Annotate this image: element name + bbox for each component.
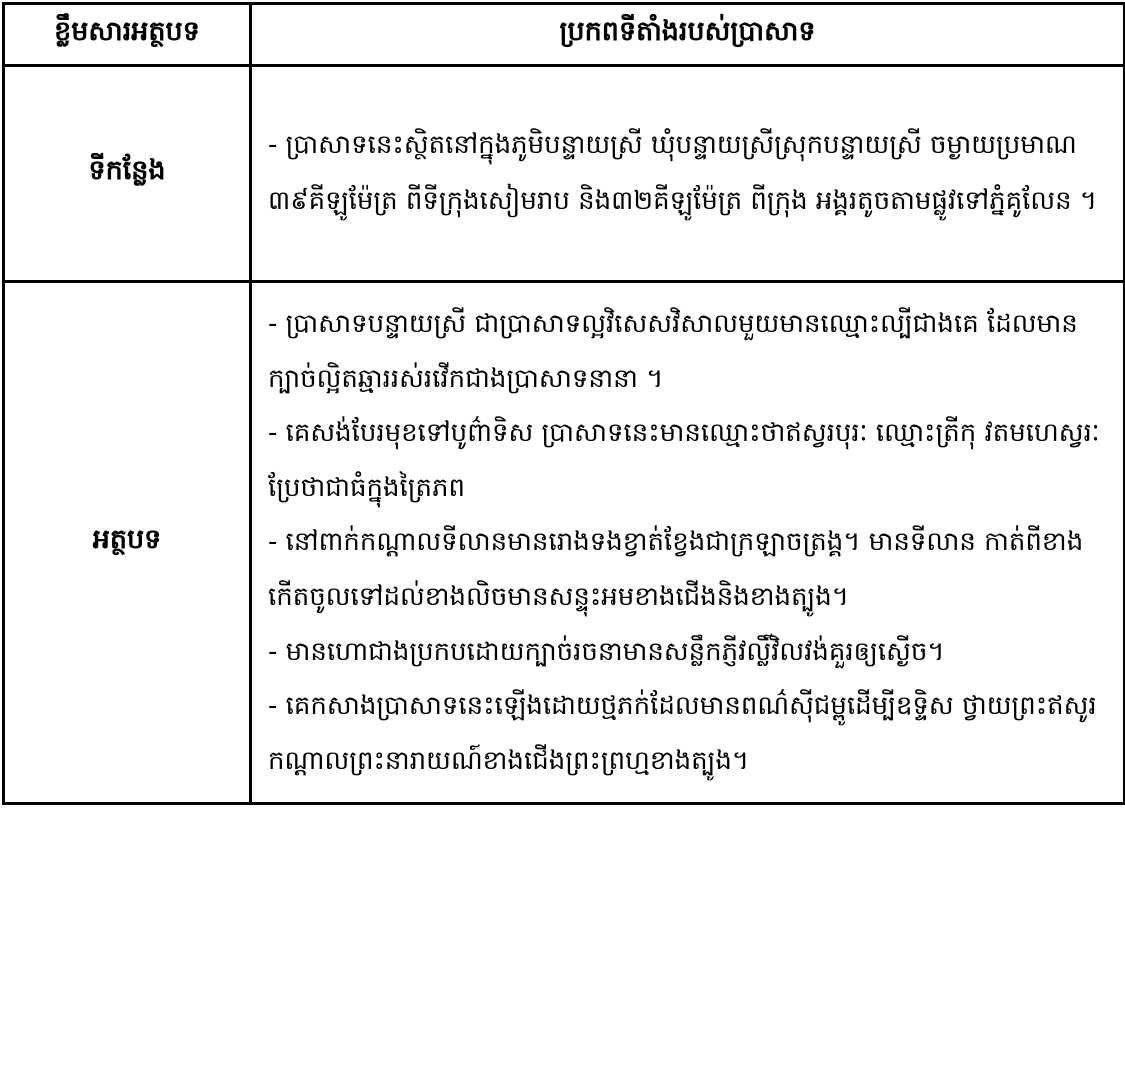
paragraph: - មានហោជាងប្រកបដោយក្បាច់រចនាមានសន្លឹកភ្ញ… bbox=[268, 625, 1105, 680]
content-table: ខ្លឹមសារអត្ថបទ ប្រកពទីតាំងរបស់ប្រាសាទ ទី… bbox=[2, 2, 1125, 805]
row-label-body-text: អត្ថបទ bbox=[4, 282, 251, 804]
paragraph: - គេកសាងប្រាសាទនេះឡើងដោយថ្មភក់ដែលមានពណ៌ស… bbox=[268, 679, 1105, 788]
paragraph: - នៅពាក់កណ្តាលទីលានមានរោងទងខ្វាត់ខ្វែងជា… bbox=[268, 515, 1105, 624]
header-detail-cell: ប្រកពទីតាំងរបស់ប្រាសាទ bbox=[251, 4, 1125, 66]
paragraph: - ប្រាសាទនេះស្ថិតនៅក្នុងភូមិបន្ទាយស្រី ឃ… bbox=[268, 118, 1105, 230]
row-content-body-text: - ប្រាសាទបន្ទាយស្រី ជាប្រាសាទល្អវិសេសវិស… bbox=[251, 282, 1125, 804]
header-row: ខ្លឹមសារអត្ថបទ ប្រកពទីតាំងរបស់ប្រាសាទ bbox=[4, 4, 1125, 66]
row-label-location: ទីកន្លែង bbox=[4, 66, 251, 282]
header-topic-cell: ខ្លឹមសារអត្ថបទ bbox=[4, 4, 251, 66]
table-row-location: ទីកន្លែង - ប្រាសាទនេះស្ថិតនៅក្នុងភូមិបន្… bbox=[4, 66, 1125, 282]
table-row-body-text: អត្ថបទ - ប្រាសាទបន្ទាយស្រី ជាប្រាសាទល្អវ… bbox=[4, 282, 1125, 804]
paragraph: - ប្រាសាទបន្ទាយស្រី ជាប្រាសាទល្អវិសេសវិស… bbox=[268, 297, 1105, 406]
row-content-location: - ប្រាសាទនេះស្ថិតនៅក្នុងភូមិបន្ទាយស្រី ឃ… bbox=[251, 66, 1125, 282]
paragraph: - គេសង់បែរមុខទៅបូព៌ាទិស ប្រាសាទនេះមានឈ្ម… bbox=[268, 406, 1105, 515]
